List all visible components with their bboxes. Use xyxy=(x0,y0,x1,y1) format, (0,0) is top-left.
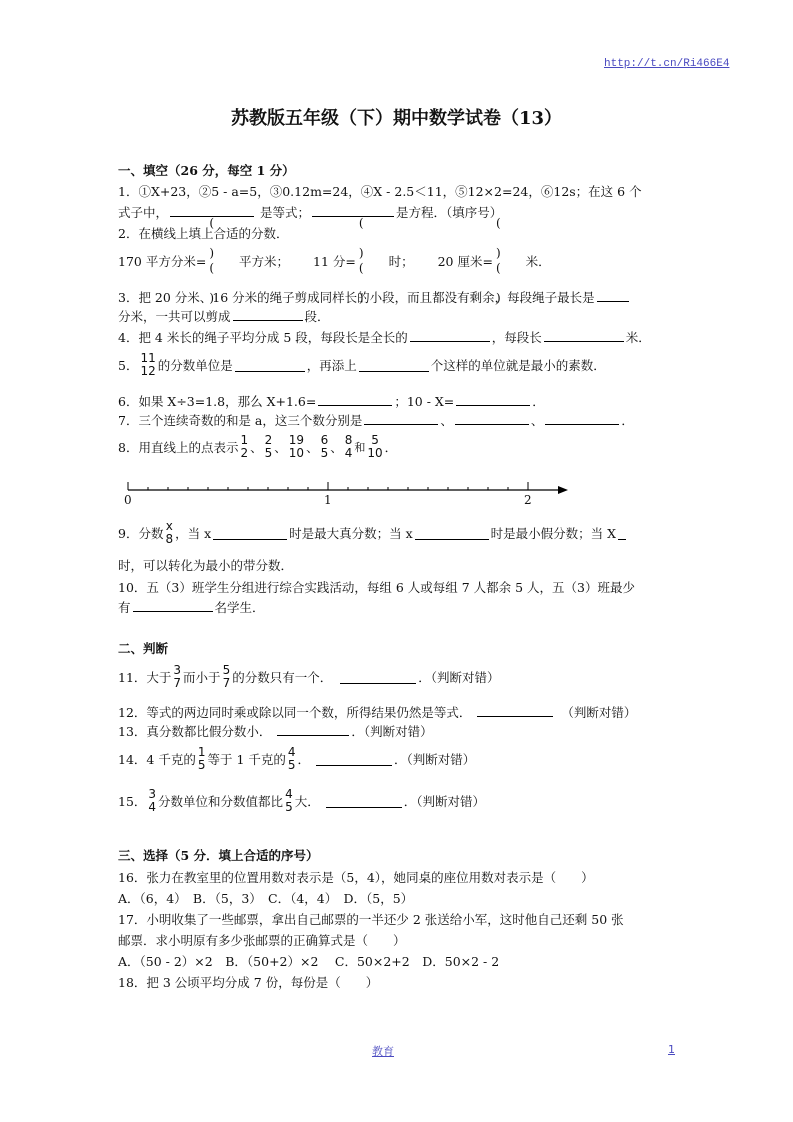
q7: 7．三个连续奇数的和是 a，这三个数分别是、、． xyxy=(118,411,634,429)
q3-text-a: 分米，一共可以剪成 xyxy=(118,309,231,324)
number-line-label-0: 0 xyxy=(124,493,132,507)
q14: 14．4 千克的 15 等于 1 千克的 45 ．．（判断对错） xyxy=(118,746,475,772)
q11-fraction-2: 57 xyxy=(223,664,231,690)
q6-text-b: ；10 - X= xyxy=(394,394,454,409)
q5-text-b: ，再添上 xyxy=(307,356,357,374)
section-3-heading: 三、选择（5 分．填上合适的序号） xyxy=(118,846,319,864)
q13: 13．真分数都比假分数小．．（判断对错） xyxy=(118,722,433,740)
q14-fraction-2: 45 xyxy=(288,746,296,772)
q10-line1: 10．五（3）班学生分组进行综合实践活动，每组 6 人或每组 7 人都余 5 人… xyxy=(118,578,635,596)
q9-text-prefix: 9．分数 xyxy=(118,524,163,542)
number-line[interactable]: 0 1 2 xyxy=(120,476,580,516)
q1-line2: 式子中， 是等式；是方程．（填序号） xyxy=(118,203,502,221)
q3-blank-length[interactable] xyxy=(597,289,629,302)
q17-line2: 邮票．求小明原有多少张邮票的正确算式是（ ） xyxy=(118,931,406,949)
q7-blank-3[interactable] xyxy=(545,412,619,425)
q4-blank-length[interactable] xyxy=(544,329,624,342)
q15-fraction-1: 34 xyxy=(148,788,156,814)
q12: 12．等式的两边同时乘或除以同一个数，所得结果仍然是等式．（判断对错） xyxy=(118,703,636,721)
q3-blank-count[interactable] xyxy=(233,308,303,321)
q2-text: 2．在横线上填上合适的分数． xyxy=(118,224,288,242)
q5-text-c: 个这样的单位就是最小的素数． xyxy=(431,356,606,374)
q2-a-label: 170 平方分米= xyxy=(118,252,206,270)
q17-line1: 17．小明收集了一些邮票，拿出自己邮票的一半还少 2 张送给小军，这时他自己还剩… xyxy=(118,910,624,928)
q10-line2: 有名学生． xyxy=(118,598,265,616)
q5-fraction: 1112 xyxy=(140,352,155,378)
q6-text-c: ． xyxy=(532,394,545,409)
q2-b-label: 11 分= xyxy=(313,252,356,270)
q5-blank-count[interactable] xyxy=(359,359,429,372)
q8-text: 8．用直线上的点表示 xyxy=(118,438,238,456)
q4-text-b: ，每段长 xyxy=(492,330,542,345)
number-line-label-1: 1 xyxy=(324,493,332,507)
q13-blank[interactable] xyxy=(277,723,349,736)
q2-a-unit: 平方米； xyxy=(239,252,289,270)
q8: 8．用直线上的点表示 12、 25、 1910、 65、 84和 510． xyxy=(118,434,397,460)
q6-blank-1[interactable] xyxy=(318,393,392,406)
q9-blank-1[interactable] xyxy=(213,527,287,540)
q4-blank-fraction[interactable] xyxy=(410,329,490,342)
q9-line1: 9．分数 x8 ，当 x时是最大真分数；当 x时是最小假分数；当 X xyxy=(118,520,628,546)
q5-blank-unit[interactable] xyxy=(235,359,305,372)
q6-text-a: 6．如果 X÷3=1.8，那么 X+1.6= xyxy=(118,394,316,409)
page-title: 苏教版五年级（下）期中数学试卷（13） xyxy=(0,104,793,130)
q5-text-a: 的分数单位是 xyxy=(158,356,233,374)
q18-text: 18．把 3 公顷平均分成 7 份，每份是（ ） xyxy=(118,973,378,991)
footer-link[interactable]: 教育 xyxy=(372,1043,394,1059)
number-line-label-2: 2 xyxy=(524,493,532,507)
q6: 6．如果 X÷3=1.8，那么 X+1.6=；10 - X=． xyxy=(118,392,545,410)
q4-text-a: 4．把 4 米长的绳子平均分成 5 段，每段长是全长的 xyxy=(118,330,408,345)
section-1-heading: 一、填空（26 分，每空 1 分） xyxy=(118,161,295,179)
q9-blank-3[interactable] xyxy=(618,527,626,540)
q3-text-b: 段． xyxy=(305,309,330,324)
q3-text: 3．把 20 分米、16 分米的绳子剪成同样长的小段，而且都没有剩余，每段绳子最… xyxy=(118,290,595,305)
q8-fraction-5: 84 xyxy=(345,434,353,460)
q9-fraction: x8 xyxy=(165,520,173,546)
q2-b-unit: 时； xyxy=(389,252,414,270)
q11-blank[interactable] xyxy=(340,671,416,684)
q10-text-b: 名学生． xyxy=(215,600,265,615)
q3-line2: 分米，一共可以剪成段． xyxy=(118,307,330,325)
q9-text-c: 时是最小假分数；当 X xyxy=(491,524,616,542)
q15: 15． 34 分数单位和分数值都比 45 大．．（判断对错） xyxy=(118,788,485,814)
q1-line1: 1．①X+23，②5 - a=5，③0.12m=24，④X - 2.5＜11，⑤… xyxy=(118,182,642,200)
q9-blank-2[interactable] xyxy=(415,527,489,540)
q17-options[interactable]: A．（50 - 2）×2 B．（50+2）×2 C．50×2+2 D．50×2 … xyxy=(118,952,499,970)
header-url-link[interactable]: http://t.cn/Ri466E4 xyxy=(604,58,729,70)
q7-blank-1[interactable] xyxy=(364,412,438,425)
q2-c-unit: 米． xyxy=(526,252,551,270)
q5: 5． 1112 的分数单位是，再添上个这样的单位就是最小的素数． xyxy=(118,352,606,378)
q8-fraction-6: 510 xyxy=(367,434,382,460)
q10-text-a: 有 xyxy=(118,600,131,615)
q9-line2: 时，可以转化为最小的带分数． xyxy=(118,556,293,574)
q1-text-a: 式子中， xyxy=(118,205,168,220)
q8-fraction-3: 1910 xyxy=(289,434,304,460)
q14-fraction-1: 15 xyxy=(198,746,206,772)
q11-fraction-1: 37 xyxy=(173,664,181,690)
q7-text: 7．三个连续奇数的和是 a，这三个数分别是 xyxy=(118,413,362,428)
q11: 11．大于 37 而小于 57 的分数只有一个．．（判断对错） xyxy=(118,664,499,690)
q8-fraction-4: 65 xyxy=(321,434,329,460)
q10-blank[interactable] xyxy=(133,599,213,612)
q9-text-a: ，当 x xyxy=(175,524,211,542)
q7-blank-2[interactable] xyxy=(455,412,529,425)
q12-blank[interactable] xyxy=(477,704,553,717)
q8-fraction-2: 25 xyxy=(265,434,273,460)
page-number[interactable]: 1 xyxy=(668,1043,675,1056)
q9-text-b: 时是最大真分数；当 x xyxy=(289,524,413,542)
q1-text-c: 是方程．（填序号） xyxy=(396,205,502,220)
section-2-heading: 二、判断 xyxy=(118,639,168,657)
number-line-graphic xyxy=(120,476,580,516)
q4-text-c: 米． xyxy=(626,330,651,345)
q2-c-label: 20 厘米= xyxy=(438,252,493,270)
q1-text-b: 是等式； xyxy=(256,205,310,220)
q16-options[interactable]: A．（6，4） B．（5，3） C．（4，4） D．（5，5） xyxy=(118,889,413,907)
q6-blank-2[interactable] xyxy=(456,393,530,406)
q15-fraction-2: 45 xyxy=(285,788,293,814)
q4: 4．把 4 米长的绳子平均分成 5 段，每段长是全长的，每段长米． xyxy=(118,328,651,346)
q15-blank[interactable] xyxy=(326,795,402,808)
q5-number: 5． xyxy=(118,356,138,374)
q8-fraction-1: 12 xyxy=(240,434,248,460)
q2-row: 170 平方分米= ( )( ) 平方米； 11 分= ( )( ) 时； 20… xyxy=(118,244,551,278)
q3-line1: 3．把 20 分米、16 分米的绳子剪成同样长的小段，而且都没有剩余，每段绳子最… xyxy=(118,288,631,306)
q16-text: 16．张力在教室里的位置用数对表示是（5，4），她同桌的座位用数对表示是（ ） xyxy=(118,868,594,886)
q14-blank[interactable] xyxy=(316,753,392,766)
